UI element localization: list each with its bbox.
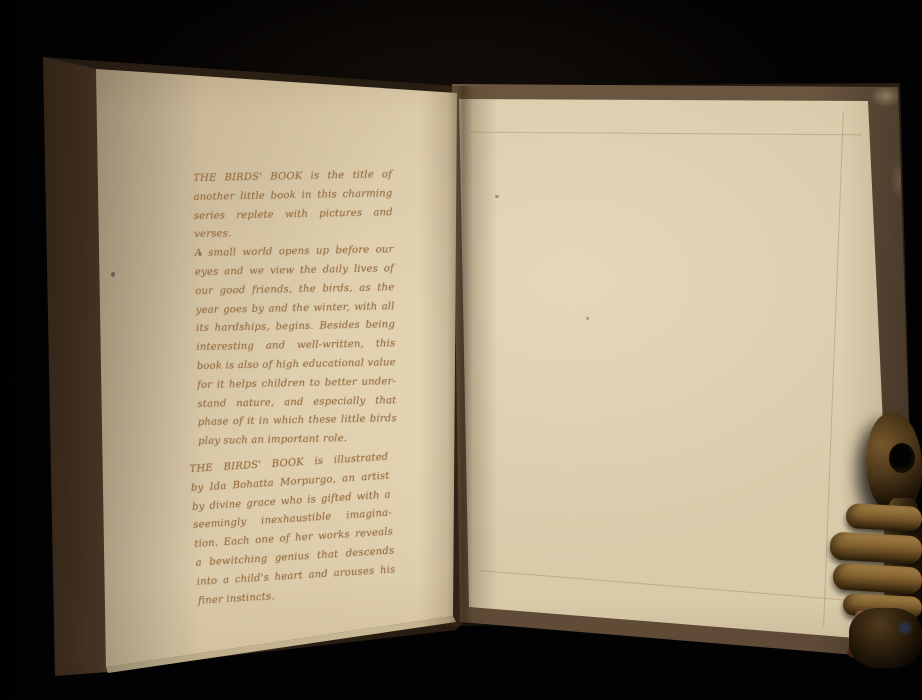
- text-line: phase of it in which these little birds: [198, 410, 397, 433]
- brass-finger: [845, 503, 922, 532]
- paragraph-one: THE BIRDS' BOOK is the title of another …: [193, 166, 397, 452]
- brass-finger: [829, 532, 922, 565]
- text-line: play such an important role.: [198, 429, 397, 452]
- brass-hand-lower-shadow: [849, 608, 922, 668]
- paragraph-two: THE BIRDS' BOOK is illustrated by Ida Bo…: [189, 449, 397, 612]
- brass-hand-glint: [896, 620, 914, 636]
- printed-text-block: THE BIRDS' BOOK is the title of another …: [193, 170, 392, 611]
- brass-finger: [832, 562, 922, 594]
- book-photograph: THE BIRDS' BOOK is the title of another …: [0, 0, 922, 700]
- brass-hand-hollow: [889, 443, 915, 473]
- text-line: series replete with pictures and verses.: [194, 204, 394, 245]
